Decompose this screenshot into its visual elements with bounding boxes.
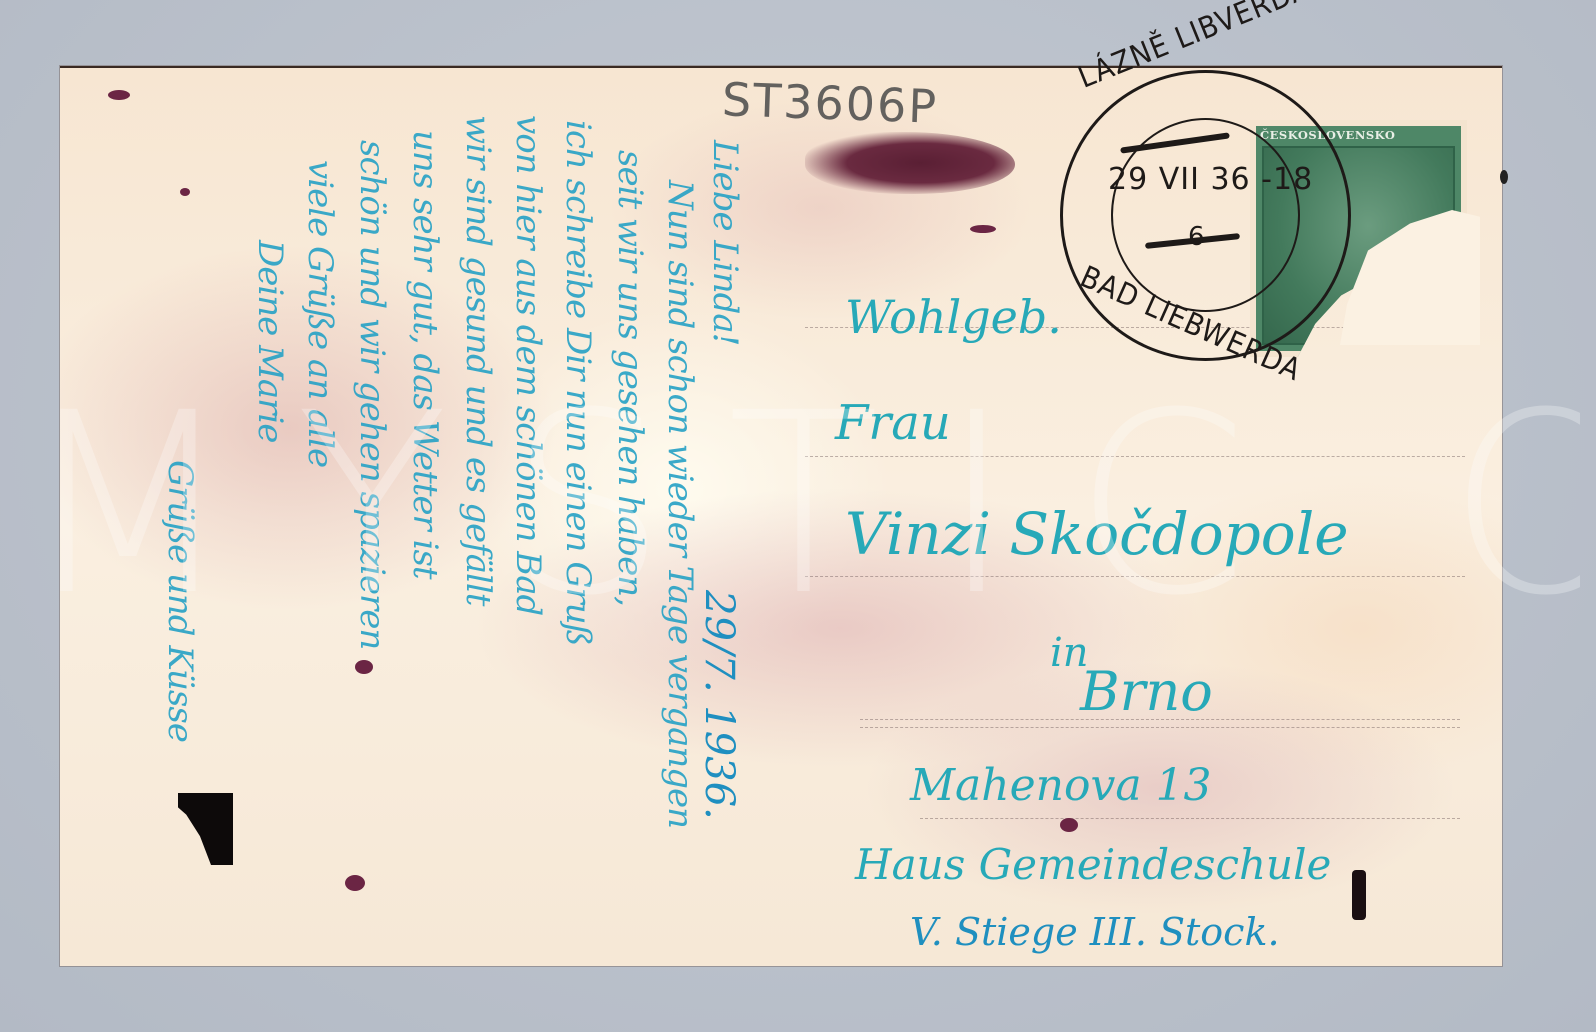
message-line: schön und wir gehen spazieren <box>352 140 392 649</box>
address-building: Haus Gemeindeschule <box>855 840 1331 889</box>
message-line: Nun sind schon wieder Tage vergangen <box>660 180 700 828</box>
message-date: 29/7. 1936. <box>696 590 742 820</box>
address-line-2 <box>805 456 1465 457</box>
message-line: Deine Marie <box>250 240 290 442</box>
black-mark <box>1352 870 1366 920</box>
ink-speck <box>970 225 996 233</box>
address-line-3 <box>805 576 1465 577</box>
ink-blot <box>805 132 1015 194</box>
address-name: Vinzi Skočdopole <box>845 500 1349 568</box>
address-title: Frau <box>835 395 951 451</box>
address-line-6 <box>920 818 1460 819</box>
address-street: Mahenova 13 <box>910 760 1212 811</box>
ink-speck <box>180 188 190 196</box>
postmark-date: 29 VII 36 -18 <box>1108 162 1313 197</box>
message-line: viele Grüße an alle <box>300 160 340 467</box>
message-line: seit wir uns gesehen haben, <box>610 150 650 606</box>
ink-speck <box>1060 818 1078 832</box>
message-line: uns sehr gut, das Wetter ist <box>405 130 445 579</box>
postmark-number: 6 <box>1188 222 1205 252</box>
ink-speck <box>1500 170 1508 184</box>
ink-speck <box>345 875 365 891</box>
message-line: wir sind gesund und es gefällt <box>458 115 498 605</box>
message-line: von hier aus dem schönen Bad <box>508 115 548 615</box>
message-line: Liebe Linda! <box>705 140 745 345</box>
address-floor: V. Stiege III. Stock. <box>910 910 1280 954</box>
ink-speck <box>355 660 373 674</box>
address-city: Brno <box>1080 660 1213 723</box>
address-salutation: Wohlgeb. <box>845 290 1062 344</box>
message-line: Grüße und Küsse <box>160 460 200 742</box>
address-line-5 <box>860 727 1460 728</box>
message-line: ich schreibe Dir nun einen Gruß <box>558 120 598 645</box>
pencil-reference-number: ST3606P <box>721 72 939 134</box>
ink-speck <box>108 90 130 100</box>
